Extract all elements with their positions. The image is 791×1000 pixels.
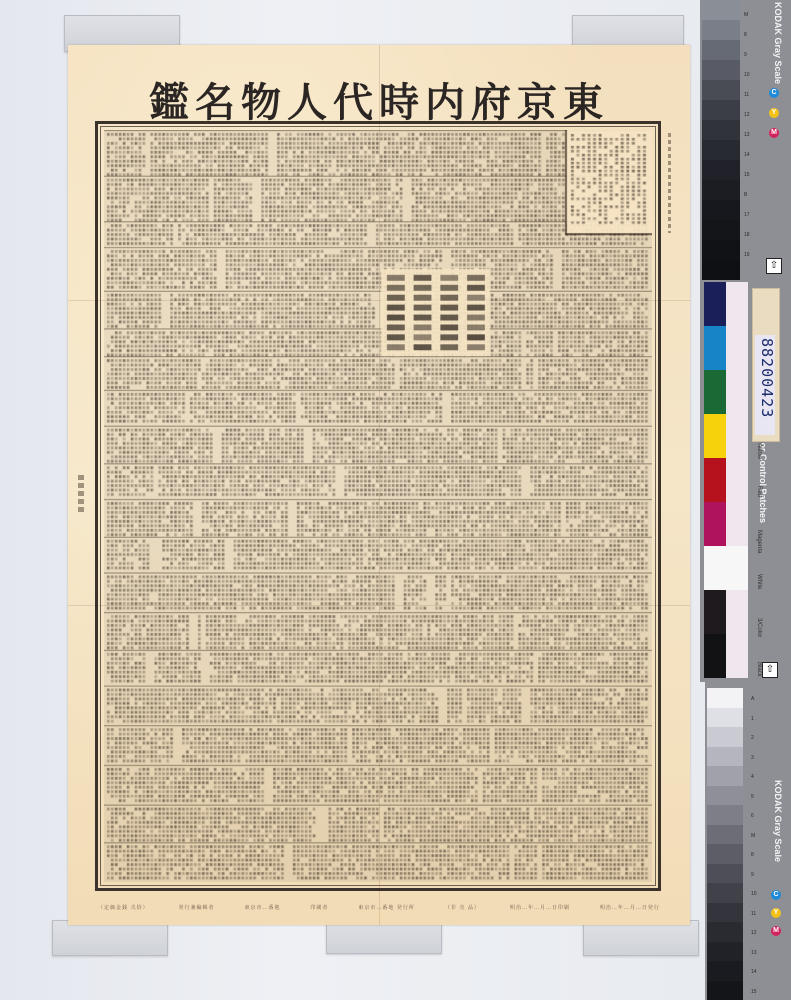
gray-scale-mark: 12 bbox=[751, 930, 757, 936]
color-patch-3-color bbox=[704, 590, 726, 634]
gray-patch bbox=[707, 727, 743, 747]
gray-patch bbox=[707, 844, 743, 864]
gray-patch bbox=[702, 40, 740, 60]
orientation-arrow-icon: ⇧ bbox=[762, 662, 778, 678]
gray-patch bbox=[707, 766, 743, 786]
directory-frame bbox=[95, 121, 661, 891]
accession-number: 88200423 bbox=[758, 338, 776, 418]
gray-patch bbox=[707, 981, 743, 1000]
broadsheet-paper: 東京府内時代人物名鑑 handwritten note （定価金銭 弐拾） 発行… bbox=[68, 45, 690, 925]
color-patch-yellow bbox=[704, 414, 726, 458]
gray-patch bbox=[707, 688, 743, 708]
gray-scale-mark: 12 bbox=[744, 112, 750, 118]
gray-patch bbox=[707, 864, 743, 884]
patch-name-label: Magenta bbox=[756, 530, 762, 553]
color-patch-cyan bbox=[704, 326, 726, 370]
handwriting-stroke-left bbox=[78, 475, 84, 515]
gray-scale-mark: 3 bbox=[751, 755, 754, 761]
patch-name-label: Red bbox=[756, 486, 762, 497]
gray-scale-mark: 15 bbox=[751, 989, 757, 995]
directory-body-text bbox=[104, 130, 652, 882]
gray-patch bbox=[702, 240, 740, 260]
gray-scale-mark: 14 bbox=[744, 152, 750, 158]
gray-patch bbox=[702, 180, 740, 200]
gray-scale-mark: 13 bbox=[751, 950, 757, 956]
cmy-dot-c: C bbox=[771, 890, 781, 900]
gray-patch bbox=[702, 80, 740, 100]
color-patch-black bbox=[704, 634, 726, 678]
colophon-item: 東京市…番地 発行所 bbox=[358, 904, 415, 911]
gray-patch bbox=[707, 708, 743, 728]
gray-patch bbox=[707, 961, 743, 981]
color-patch-white bbox=[704, 546, 726, 590]
color-patch-red bbox=[704, 458, 726, 502]
gray-scale-mark: 10 bbox=[751, 891, 757, 897]
gray-patch bbox=[702, 260, 740, 280]
gray-patch bbox=[707, 942, 743, 962]
gray-scale-mark: 15 bbox=[744, 172, 750, 178]
tint-patch bbox=[726, 326, 748, 370]
gray-patch bbox=[707, 825, 743, 845]
tint-patch bbox=[726, 458, 748, 502]
gray-patch bbox=[707, 786, 743, 806]
gray-scale-mark: 9 bbox=[744, 52, 747, 58]
gray-scale-mark: 8 bbox=[751, 852, 754, 858]
gray-patch bbox=[702, 220, 740, 240]
gray-patch bbox=[702, 0, 740, 20]
gray-scale-strip-top: KODAK Gray Scale M89101112131415B171819 … bbox=[700, 0, 791, 282]
gray-patch bbox=[702, 100, 740, 120]
gray-scale-mark: 1 bbox=[751, 716, 754, 722]
gray-patch bbox=[702, 20, 740, 40]
gray-scale-mark: 8 bbox=[744, 32, 747, 38]
handwriting-stroke-top-right bbox=[668, 133, 671, 233]
colophon: （定価金銭 弐拾） 発行兼編輯者 東京市…番地 印刷者 東京市…番地 発行所 （… bbox=[98, 900, 660, 914]
cmy-dot-c: C bbox=[769, 88, 779, 98]
gray-patch bbox=[702, 120, 740, 140]
colophon-item: （非 売 品） bbox=[445, 904, 480, 911]
gray-scale-mark: 17 bbox=[744, 212, 750, 218]
gray-scale-mark: 2 bbox=[751, 735, 754, 741]
colophon-item: （定価金銭 弐拾） bbox=[98, 904, 149, 911]
color-patch-magenta bbox=[704, 502, 726, 546]
gray-patch bbox=[702, 200, 740, 220]
gray-patch bbox=[707, 747, 743, 767]
tint-patch bbox=[726, 634, 748, 678]
gray-scale-strip-bottom: KODAK Gray Scale A123456M89101112131415 … bbox=[705, 680, 791, 1000]
colophon-item: 明治…年…月…日発行 bbox=[600, 904, 660, 911]
tint-patch bbox=[726, 282, 748, 326]
gray-scale-mark: 13 bbox=[744, 132, 750, 138]
gray-scale-mark: 11 bbox=[744, 92, 749, 98]
gray-scale-label: KODAK Gray Scale bbox=[773, 780, 783, 862]
gray-scale-mark: 19 bbox=[744, 252, 750, 258]
colophon-item: 印刷者 bbox=[310, 904, 328, 911]
color-patch-green bbox=[704, 370, 726, 414]
tint-patch bbox=[726, 590, 748, 634]
gray-scale-mark: M bbox=[744, 12, 748, 18]
gray-patch bbox=[702, 60, 740, 80]
patch-name-label: 3/Color bbox=[756, 618, 762, 637]
cmy-dot-m: M bbox=[769, 128, 779, 138]
gray-patch bbox=[702, 160, 740, 180]
cmy-dot-y: Y bbox=[771, 908, 781, 918]
gray-scale-mark: 4 bbox=[751, 774, 754, 780]
mounting-tape-bottom-left bbox=[52, 920, 168, 956]
patch-name-label: Yellow bbox=[756, 442, 762, 459]
gray-patch bbox=[707, 805, 743, 825]
gray-patch bbox=[707, 903, 743, 923]
gray-scale-mark: 5 bbox=[751, 794, 754, 800]
cmy-dot-m: M bbox=[771, 926, 781, 936]
gray-patch bbox=[707, 922, 743, 942]
gray-scale-mark: 10 bbox=[744, 72, 750, 78]
gray-scale-mark: 18 bbox=[744, 232, 750, 238]
gray-scale-mark: B bbox=[744, 192, 747, 198]
tint-patch bbox=[726, 370, 748, 414]
gray-scale-mark: 6 bbox=[751, 813, 754, 819]
gray-patch bbox=[707, 883, 743, 903]
gray-scale-mark: M bbox=[751, 833, 755, 839]
tint-patch bbox=[726, 546, 748, 590]
cmy-dot-y: Y bbox=[769, 108, 779, 118]
tint-patch bbox=[726, 502, 748, 546]
colophon-item: 明治…年…月…日印刷 bbox=[510, 904, 570, 911]
gray-scale-mark: 9 bbox=[751, 872, 754, 878]
patch-name-label: White bbox=[756, 574, 762, 589]
gray-scale-mark: A bbox=[751, 696, 754, 702]
mounting-tape-bottom-right bbox=[583, 920, 699, 956]
document-title: 東京府内時代人物名鑑 bbox=[68, 71, 690, 128]
orientation-arrow-icon: ⇧ bbox=[766, 258, 782, 274]
colophon-item: 東京市…番地 bbox=[244, 904, 280, 911]
tint-patch bbox=[726, 414, 748, 458]
gray-scale-mark: 14 bbox=[751, 969, 757, 975]
color-patch-blue bbox=[704, 282, 726, 326]
gray-patch bbox=[702, 140, 740, 160]
gray-scale-mark: 11 bbox=[751, 911, 756, 917]
colophon-item: 発行兼編輯者 bbox=[179, 904, 215, 911]
gray-scale-label: KODAK Gray Scale bbox=[773, 2, 783, 84]
